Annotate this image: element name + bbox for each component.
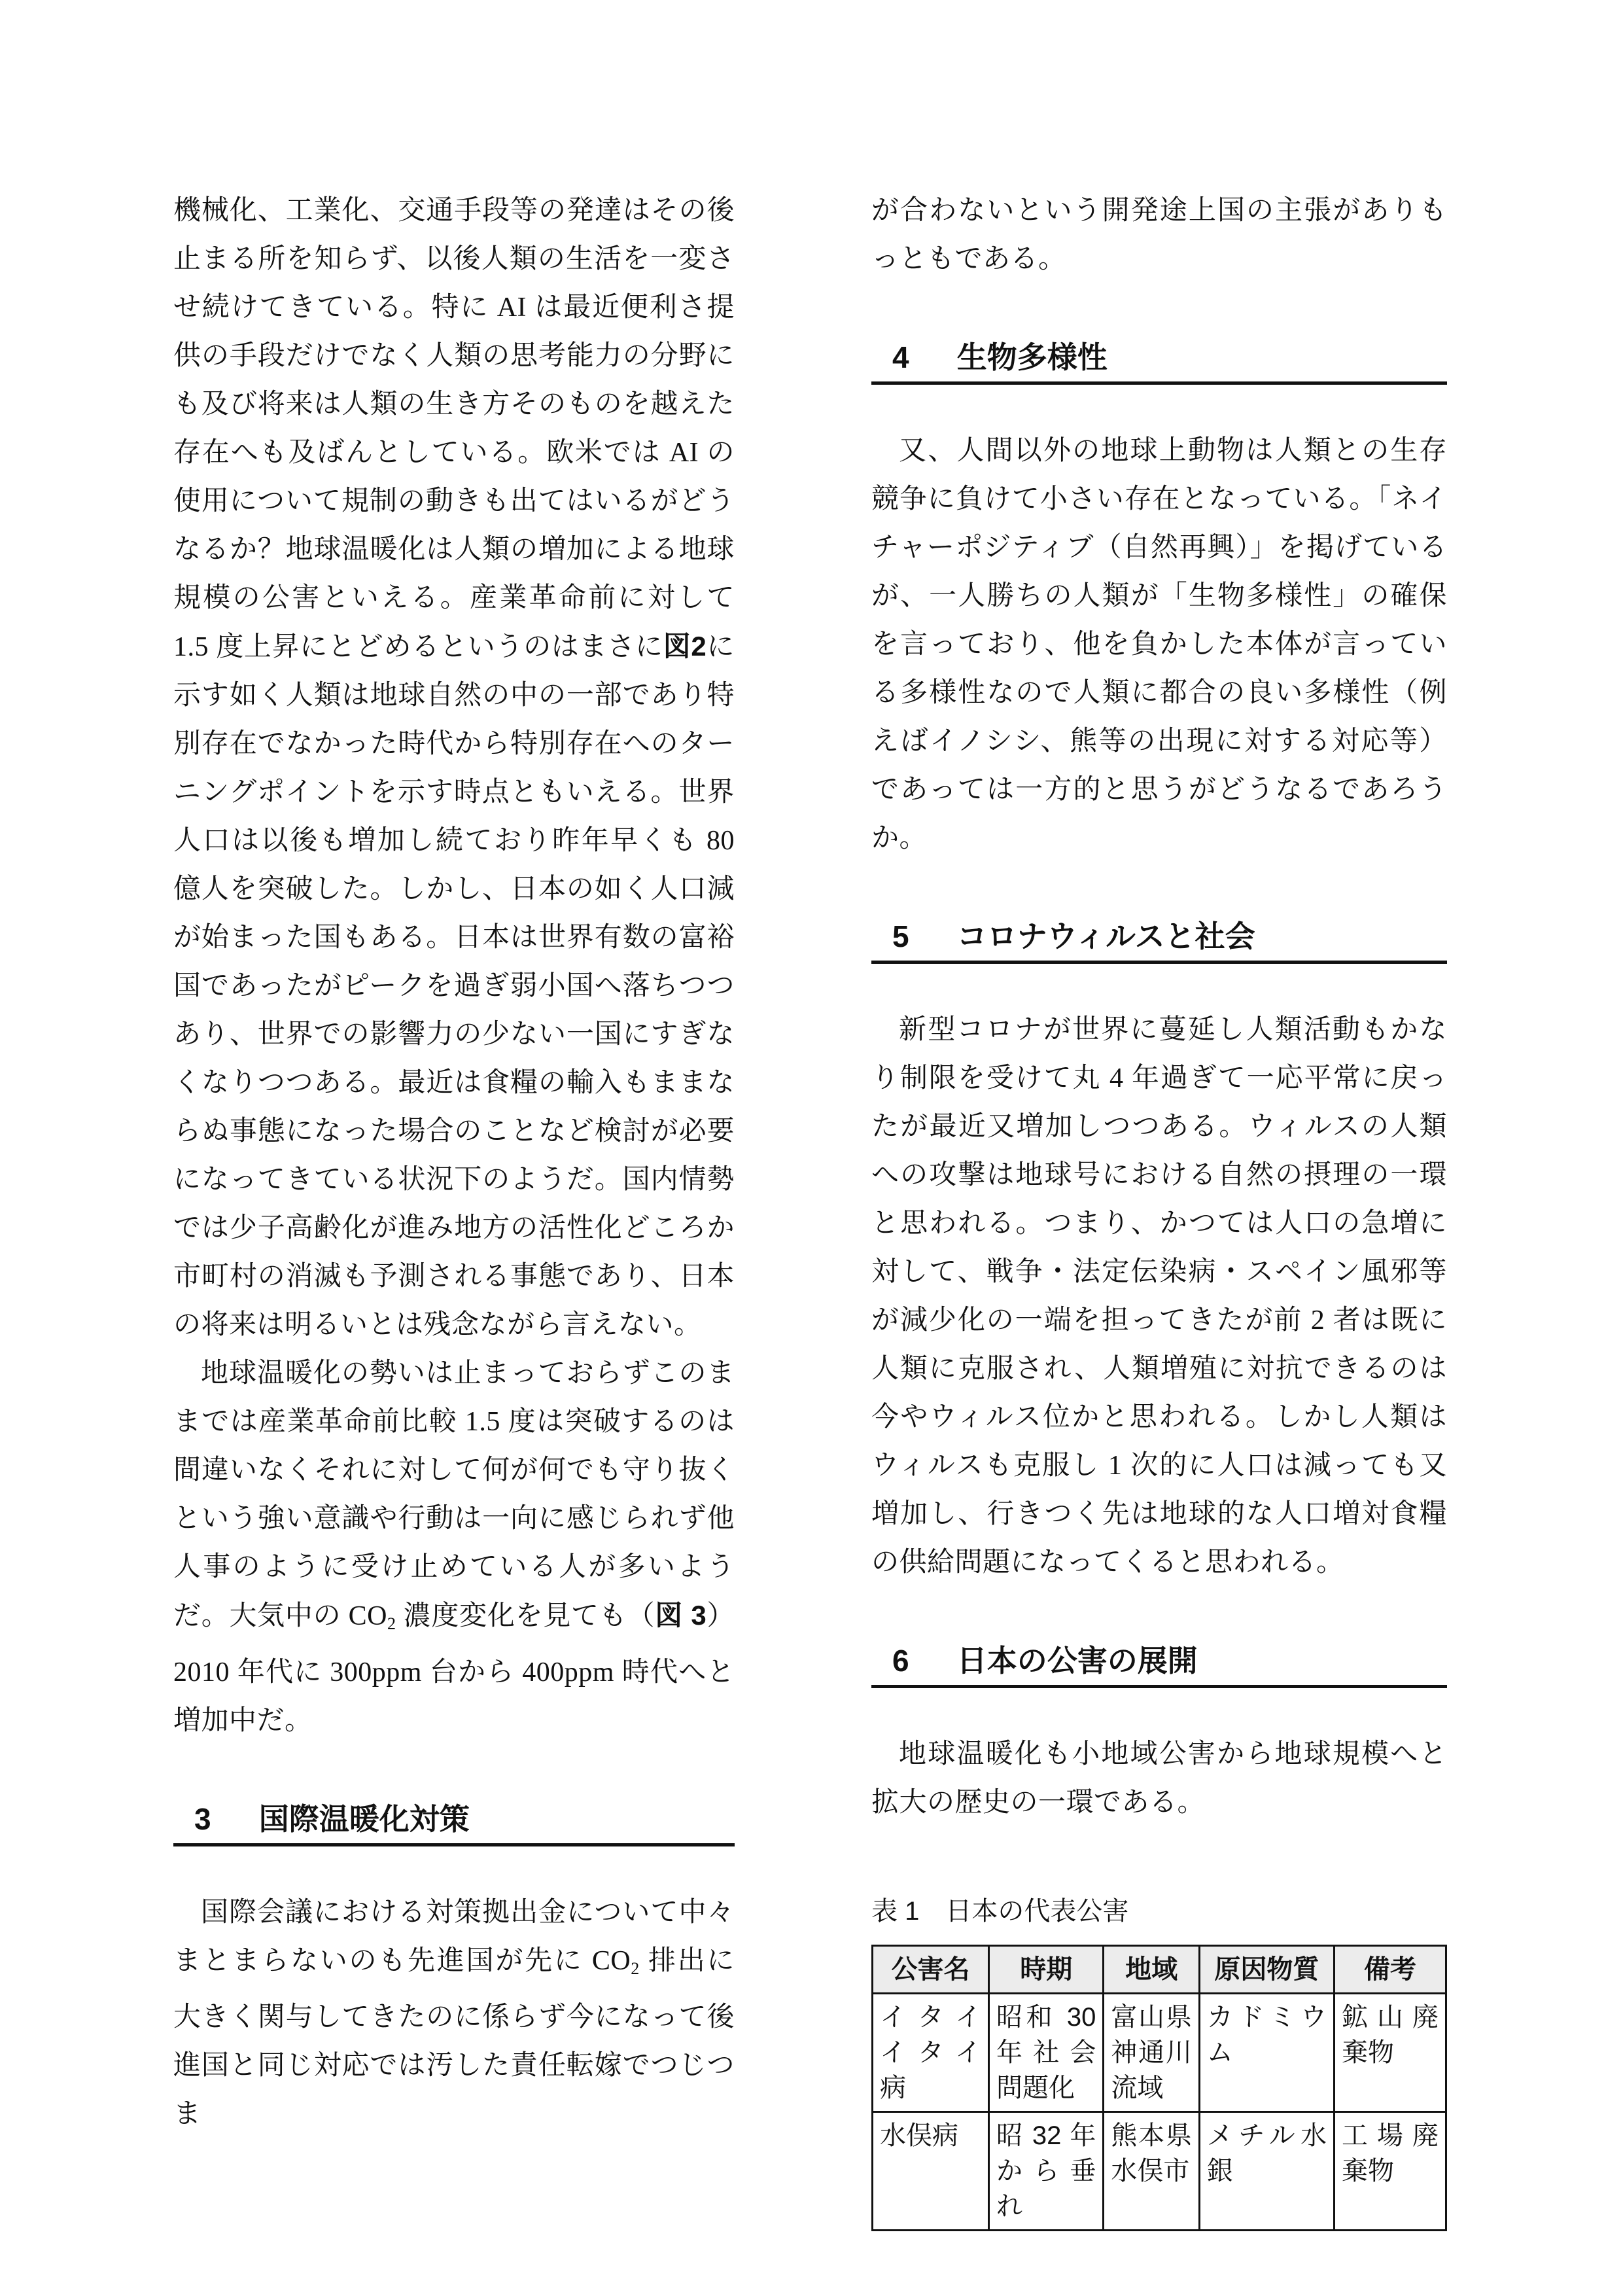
section-heading-5: 5 コロナウィルスと社会 <box>871 917 1447 964</box>
table-cell: カドミウム <box>1199 1994 1334 2112</box>
table-cell: 工場廃棄物 <box>1334 2112 1446 2231</box>
column-header: 原因物質 <box>1199 1946 1334 1994</box>
table-cell: 鉱山廃棄物 <box>1334 1994 1446 2112</box>
table-cell: 昭和 30 年社会問題化 <box>989 1994 1104 2112</box>
pollution-table: 公害名 時期 地域 原因物質 備考 イタイイタイ病 昭和 30 年社会問題化 富… <box>871 1945 1447 2231</box>
left-column: 機械化、工業化、交通手段等の発達はその後止まる所を知らず、以後人類の生活を一変さ… <box>173 186 735 2138</box>
table-row: 水俣病 昭 32 年から垂れ 熊本県水俣市 メチル水銀 工場廃棄物 <box>873 2112 1446 2231</box>
table-cell: 富山県神通川流域 <box>1104 1994 1199 2112</box>
paragraph-pollution-history: 地球温暖化も小地域公害から地球規模へと拡大の歴史の一環である。 <box>871 1730 1447 1827</box>
column-header: 公害名 <box>873 1946 989 1994</box>
column-header: 時期 <box>989 1946 1104 1994</box>
table-caption: 表 1 日本の代表公害 <box>871 1895 1447 1928</box>
section-title: 生物多様性 <box>957 340 1108 374</box>
section-number: 5 <box>892 917 949 955</box>
section-heading-3: 3 国際温暖化対策 <box>173 1800 735 1846</box>
paragraph-warming-momentum: 地球温暖化の勢いは止まっておらずこのままでは産業革命前比較 1.5 度は突破する… <box>173 1349 735 1745</box>
section-number: 3 <box>194 1800 251 1838</box>
table-cell: メチル水銀 <box>1199 2112 1334 2231</box>
column-header: 備考 <box>1334 1946 1446 1994</box>
right-column: が合わないという開発途上国の主張がありもっともである。 4 生物多様性 又、人間… <box>871 186 1447 2231</box>
section-heading-4: 4 生物多様性 <box>871 338 1447 385</box>
paragraph-machinization: 機械化、工業化、交通手段等の発達はその後止まる所を知らず、以後人類の生活を一変さ… <box>173 186 735 1349</box>
section-heading-6: 6 日本の公害の展開 <box>871 1642 1447 1688</box>
table-cell: イタイイタイ病 <box>873 1994 989 2112</box>
table-cell: 昭 32 年から垂れ <box>989 2112 1104 2231</box>
column-header: 地域 <box>1104 1946 1199 1994</box>
section-number: 6 <box>892 1642 949 1680</box>
section-title: 日本の公害の展開 <box>957 1644 1198 1678</box>
paragraph-developing-countries: が合わないという開発途上国の主張がありもっともである。 <box>871 186 1447 283</box>
paragraph-international-conference: 国際会議における対策拠出金について中々まとまらないのも先進国が先に CO2 排出… <box>173 1888 735 2138</box>
table-cell: 水俣病 <box>873 2112 989 2231</box>
document-page: 機械化、工業化、交通手段等の発達はその後止まる所を知らず、以後人類の生活を一変さ… <box>0 0 1623 2296</box>
section-title: コロナウィルスと社会 <box>957 919 1255 953</box>
paragraph-biodiversity: 又、人間以外の地球上動物は人類との生存競争に負けて小さい存在となっている。「ネイ… <box>871 427 1447 862</box>
paragraph-coronavirus: 新型コロナが世界に蔓延し人類活動もかなり制限を受けて丸 4 年過ぎて一応平常に戻… <box>871 1006 1447 1587</box>
table-cell: 熊本県水俣市 <box>1104 2112 1199 2231</box>
section-number: 4 <box>892 338 949 376</box>
table-header-row: 公害名 時期 地域 原因物質 備考 <box>873 1946 1446 1994</box>
table-row: イタイイタイ病 昭和 30 年社会問題化 富山県神通川流域 カドミウム 鉱山廃棄… <box>873 1994 1446 2112</box>
section-title: 国際温暖化対策 <box>259 1802 470 1836</box>
